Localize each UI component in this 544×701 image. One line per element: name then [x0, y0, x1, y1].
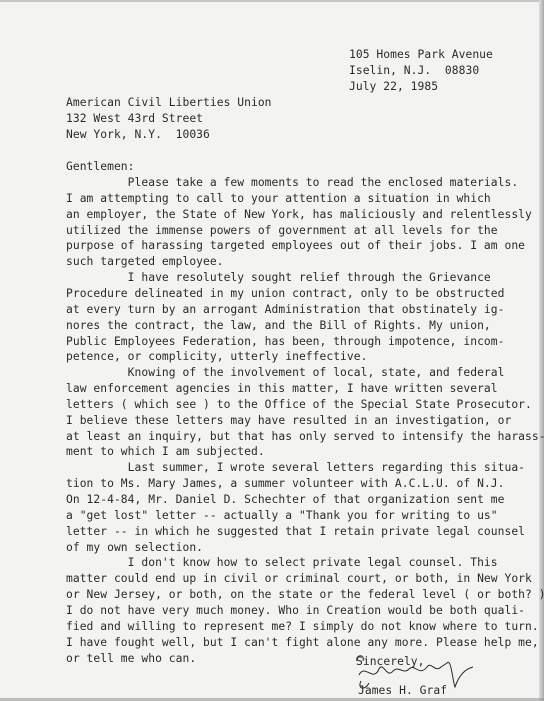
body-line: or New Jersey, or both, on the state or …: [66, 587, 544, 602]
body-line: utilized the immense powers of governmen…: [66, 223, 498, 238]
body-line: I have fought well, but I can't fight al…: [66, 635, 539, 650]
letter-date: July 22, 1985: [349, 79, 438, 94]
body-line: at every turn by an arrogant Administrat…: [66, 302, 504, 317]
body-line: matter could end up in civil or criminal…: [66, 571, 532, 586]
body-line: or tell me who can.: [66, 651, 196, 666]
body-line: Procedure delineated in my union contrac…: [66, 286, 504, 301]
body-line: On 12-4-84, Mr. Daniel D. Schechter of t…: [66, 492, 504, 507]
body-line: Please take a few moments to read the en…: [66, 175, 518, 190]
sender-city: Iselin, N.J. 08830: [349, 63, 479, 78]
body-line: at least an inquiry, but that has only s…: [66, 429, 544, 444]
page-top-edge: [0, 0, 544, 2]
body-line: petence, or complicity, utterly ineffect…: [66, 349, 367, 364]
recipient-street: 132 West 43rd Street: [66, 111, 203, 126]
body-line: purpose of harassing targeted employees …: [66, 238, 525, 253]
recipient-name: American Civil Liberties Union: [66, 95, 272, 110]
body-line: Knowing of the involvement of local, sta…: [66, 365, 504, 380]
body-line: letter -- in which he suggested that I r…: [66, 524, 525, 539]
body-line: I believe these letters may have resulte…: [66, 413, 511, 428]
body-line: tion to Ms. Mary James, a summer volunte…: [66, 476, 504, 491]
body-line: I am attempting to call to your attentio…: [66, 191, 491, 206]
signer-name: James H. Graf: [358, 683, 447, 698]
body-line: a "get lost" letter -- actually a "Thank…: [66, 508, 498, 523]
body-line: ment to which I am subjected.: [66, 444, 265, 459]
body-line: law enforcement agencies in this matter,…: [66, 381, 498, 396]
letter-page: 105 Homes Park Avenue Iselin, N.J. 08830…: [0, 0, 544, 701]
body-line: fied and willing to represent me? I simp…: [66, 619, 539, 634]
body-line: such targeted employee.: [66, 254, 224, 269]
sender-street: 105 Homes Park Avenue: [349, 47, 493, 62]
body-line: I don't know how to select private legal…: [66, 555, 498, 570]
body-line: letters ( which see ) to the Office of t…: [66, 397, 532, 412]
salutation: Gentlemen:: [66, 159, 135, 174]
body-line: of my own selection.: [66, 540, 203, 555]
body-line: an employer, the State of New York, has …: [66, 207, 532, 222]
body-line: Last summer, I wrote several letters reg…: [66, 460, 525, 475]
body-line: Public Employees Federation, has been, t…: [66, 334, 504, 349]
body-line: I have resolutely sought relief through …: [66, 270, 491, 285]
body-line: I do not have very much money. Who in Cr…: [66, 603, 525, 618]
recipient-city: New York, N.Y. 10036: [66, 127, 210, 142]
body-line: nores the contract, the law, and the Bil…: [66, 318, 491, 333]
